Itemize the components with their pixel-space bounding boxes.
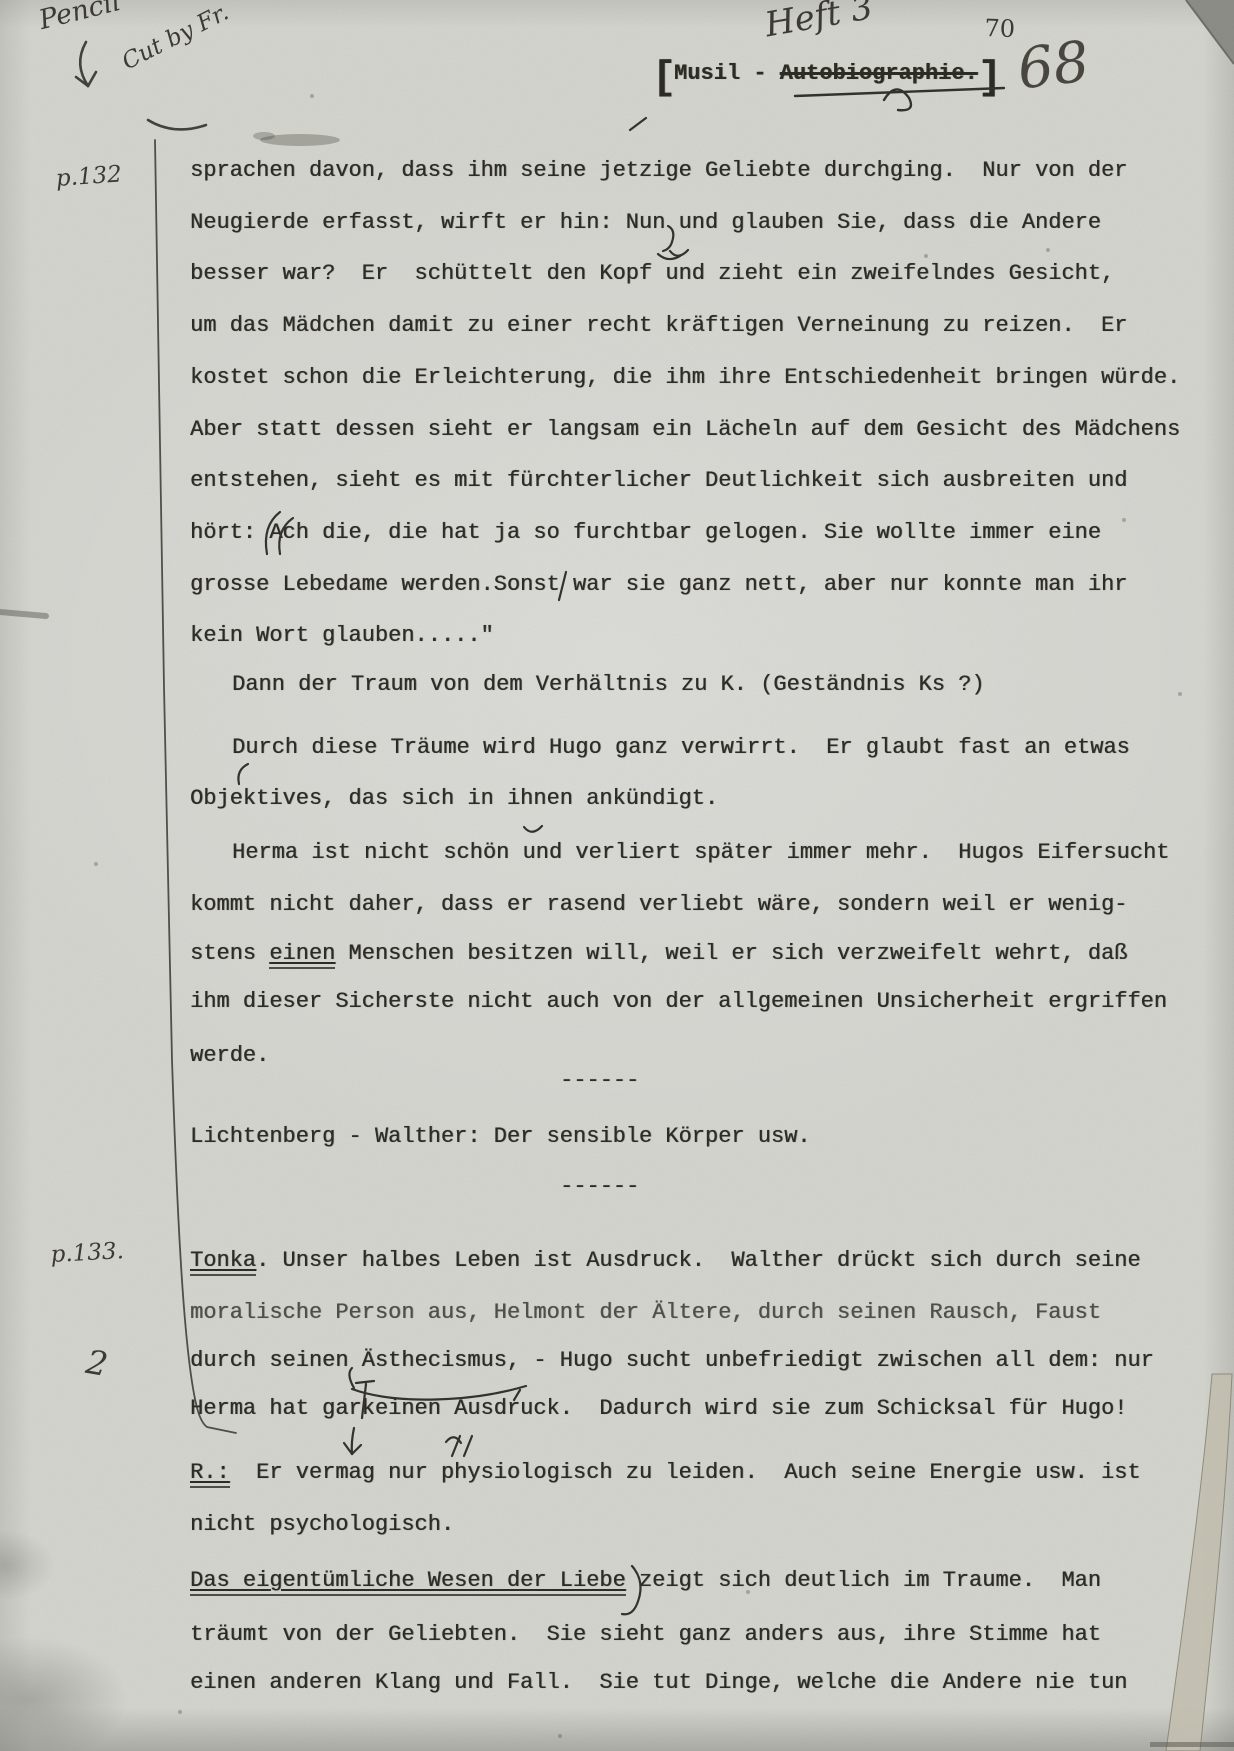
- typed-line: moralische Person aus, Helmont der Älter…: [190, 1300, 1101, 1326]
- typed-text-segment: ------: [560, 1068, 639, 1093]
- typed-smudge-mark: [253, 132, 340, 146]
- cut-by-note: Cut by Fr.: [118, 0, 233, 75]
- title-struck-text: Autobiographie.: [780, 61, 978, 86]
- typed-text-segment: sprachen davon, dass ihm seine jetzige G…: [190, 158, 1127, 183]
- typed-text-segment: hört: Ach die, die hat ja so furchtbar g…: [190, 520, 1101, 545]
- title-bracket-close: ]: [978, 56, 1000, 101]
- page-ref-133: p.133.: [50, 1238, 125, 1268]
- typed-line: Aber statt dessen sieht er langsam ein L…: [190, 417, 1180, 443]
- typed-text-segment: besser war? Er schüttelt den Kopf und zi…: [190, 261, 1114, 286]
- typed-line: sprachen davon, dass ihm seine jetzige G…: [190, 158, 1127, 184]
- typed-text-segment: entstehen, sieht es mit fürchterlicher D…: [190, 468, 1127, 493]
- typed-text-segment: Durch diese Träume wird Hugo ganz verwir…: [232, 735, 1130, 760]
- title-bracket-open: [: [652, 56, 674, 101]
- typed-text-segment: Herma ist nicht schön und verliert späte…: [232, 840, 1169, 865]
- corner-cut: [1186, 0, 1234, 64]
- typed-line: kein Wort glauben.....": [190, 623, 494, 649]
- typed-line: Herma hat garkeinen Ausdruck. Dadurch wi…: [190, 1396, 1127, 1422]
- typed-line: ihm dieser Sicherste nicht auch von der …: [190, 989, 1167, 1015]
- typed-text-segment: werde.: [190, 1043, 269, 1068]
- typed-line: besser war? Er schüttelt den Kopf und zi…: [190, 261, 1114, 287]
- typed-line: werde.: [190, 1043, 269, 1069]
- typed-line: nicht psychologisch.: [190, 1512, 454, 1538]
- typed-text-segment: ihm dieser Sicherste nicht auch von der …: [190, 989, 1167, 1014]
- typed-text-segment: Dann der Traum von dem Verhältnis zu K. …: [232, 672, 985, 697]
- typed-text-segment: Tonka: [190, 1248, 256, 1276]
- typed-text-segment: grosse Lebedame werden.Sonst war sie gan…: [190, 572, 1127, 597]
- typed-text-segment: kein Wort glauben.....": [190, 623, 494, 648]
- page-number-typed: 70: [984, 14, 1016, 43]
- typed-text-segment: einen anderen Klang und Fall. Sie tut Di…: [190, 1670, 1127, 1695]
- paper-specks: [94, 94, 1182, 1751]
- typed-line: um das Mädchen damit zu einer recht kräf…: [190, 313, 1127, 339]
- typed-text-segment: kostet schon die Erleichterung, die ihm …: [190, 365, 1180, 390]
- typed-text-segment: Menschen besitzen will, weil er sich ver…: [335, 941, 1127, 966]
- typed-text-segment: ------: [560, 1174, 639, 1199]
- typed-text-segment: einen: [269, 941, 335, 969]
- edge-smudge-mark: [0, 612, 46, 616]
- typed-text-segment: Neugierde erfasst, wirft er hin: Nun und…: [190, 210, 1101, 235]
- typed-text-segment: . Unser halbes Leben ist Ausdruck. Walth…: [256, 1248, 1141, 1273]
- typed-text-segment: träumt von der Geliebten. Sie sieht ganz…: [190, 1622, 1101, 1647]
- typed-text-segment: stens: [190, 941, 269, 966]
- typed-text-segment: durch seinen: [190, 1348, 362, 1373]
- typed-line: Dann der Traum von dem Verhältnis zu K. …: [232, 672, 985, 698]
- typed-line: grosse Lebedame werden.Sonst war sie gan…: [190, 572, 1127, 598]
- typed-text-segment: Herma hat garkeinen Ausdruck. Dadurch wi…: [190, 1396, 1127, 1421]
- typed-line: Neugierde erfasst, wirft er hin: Nun und…: [190, 210, 1101, 236]
- section-divider: ------: [560, 1068, 639, 1094]
- typed-text-segment: kommt nicht daher, dass er rasend verlie…: [190, 892, 1127, 917]
- section-divider: ------: [560, 1174, 639, 1200]
- typed-line: Herma ist nicht schön und verliert späte…: [232, 840, 1169, 866]
- typed-text-segment: zeigt sich deutlich im Traume. Man: [626, 1568, 1101, 1593]
- typed-line: kommt nicht daher, dass er rasend verlie…: [190, 892, 1127, 918]
- typed-line: Tonka. Unser halbes Leben ist Ausdruck. …: [190, 1248, 1141, 1274]
- typed-text-segment: moralische Person aus, Helmont der Älter…: [190, 1300, 1101, 1325]
- typed-line: durch seinen Ästhecismus, - Hugo sucht u…: [190, 1348, 1154, 1374]
- typed-line: einen anderen Klang und Fall. Sie tut Di…: [190, 1670, 1127, 1696]
- page-number-hand: 68: [1014, 29, 1093, 102]
- typed-text-segment: nicht psychologisch.: [190, 1512, 454, 1537]
- typed-line: kostet schon die Erleichterung, die ihm …: [190, 365, 1180, 391]
- title-author: Musil -: [674, 61, 780, 86]
- typed-text-segment: um das Mädchen damit zu einer recht kräf…: [190, 313, 1127, 338]
- typed-line: Objektives, das sich in ihnen ankündigt.: [190, 786, 718, 812]
- typed-line: träumt von der Geliebten. Sie sieht ganz…: [190, 1622, 1101, 1648]
- typed-line: hört: Ach die, die hat ja so furchtbar g…: [190, 520, 1101, 546]
- typed-text-segment: R.:: [190, 1460, 230, 1488]
- page-ref-132: p.132: [55, 161, 123, 192]
- typed-line: Durch diese Träume wird Hugo ganz verwir…: [232, 735, 1130, 761]
- typed-line: stens einen Menschen besitzen will, weil…: [190, 941, 1127, 967]
- pencil-note: Pencil: [36, 0, 124, 36]
- typed-line: entstehen, sieht es mit fürchterlicher D…: [190, 468, 1127, 494]
- notebook-number-note: Heft 3: [762, 0, 876, 45]
- typed-text-segment: Er vermag nur physiologisch zu leiden. A…: [230, 1460, 1141, 1485]
- tape-strip: [1150, 1374, 1234, 1751]
- typed-text-segment: Objektives, das sich in ihnen ankündigt.: [190, 786, 718, 811]
- sheet-number-2: 2: [83, 1342, 110, 1384]
- manuscript-page: sprachen davon, dass ihm seine jetzige G…: [0, 0, 1234, 1751]
- typed-line: Lichtenberg - Walther: Der sensible Körp…: [190, 1124, 811, 1150]
- document-title: [Musil - Autobiographie.]: [652, 56, 1000, 101]
- typed-text-segment: Ästhecismus,: [362, 1348, 520, 1373]
- typed-text-segment: Aber statt dessen sieht er langsam ein L…: [190, 417, 1180, 442]
- typed-text-segment: Lichtenberg - Walther: Der sensible Körp…: [190, 1124, 811, 1149]
- hand-correction-marks: [238, 118, 688, 1614]
- typed-text-segment: - Hugo sucht unbefriedigt zwischen all d…: [520, 1348, 1154, 1373]
- typed-text-segment: Das eigentümliche Wesen der Liebe: [190, 1568, 626, 1596]
- typed-line: Das eigentümliche Wesen der Liebe zeigt …: [190, 1568, 1101, 1594]
- typed-line: R.: Er vermag nur physiologisch zu leide…: [190, 1460, 1141, 1486]
